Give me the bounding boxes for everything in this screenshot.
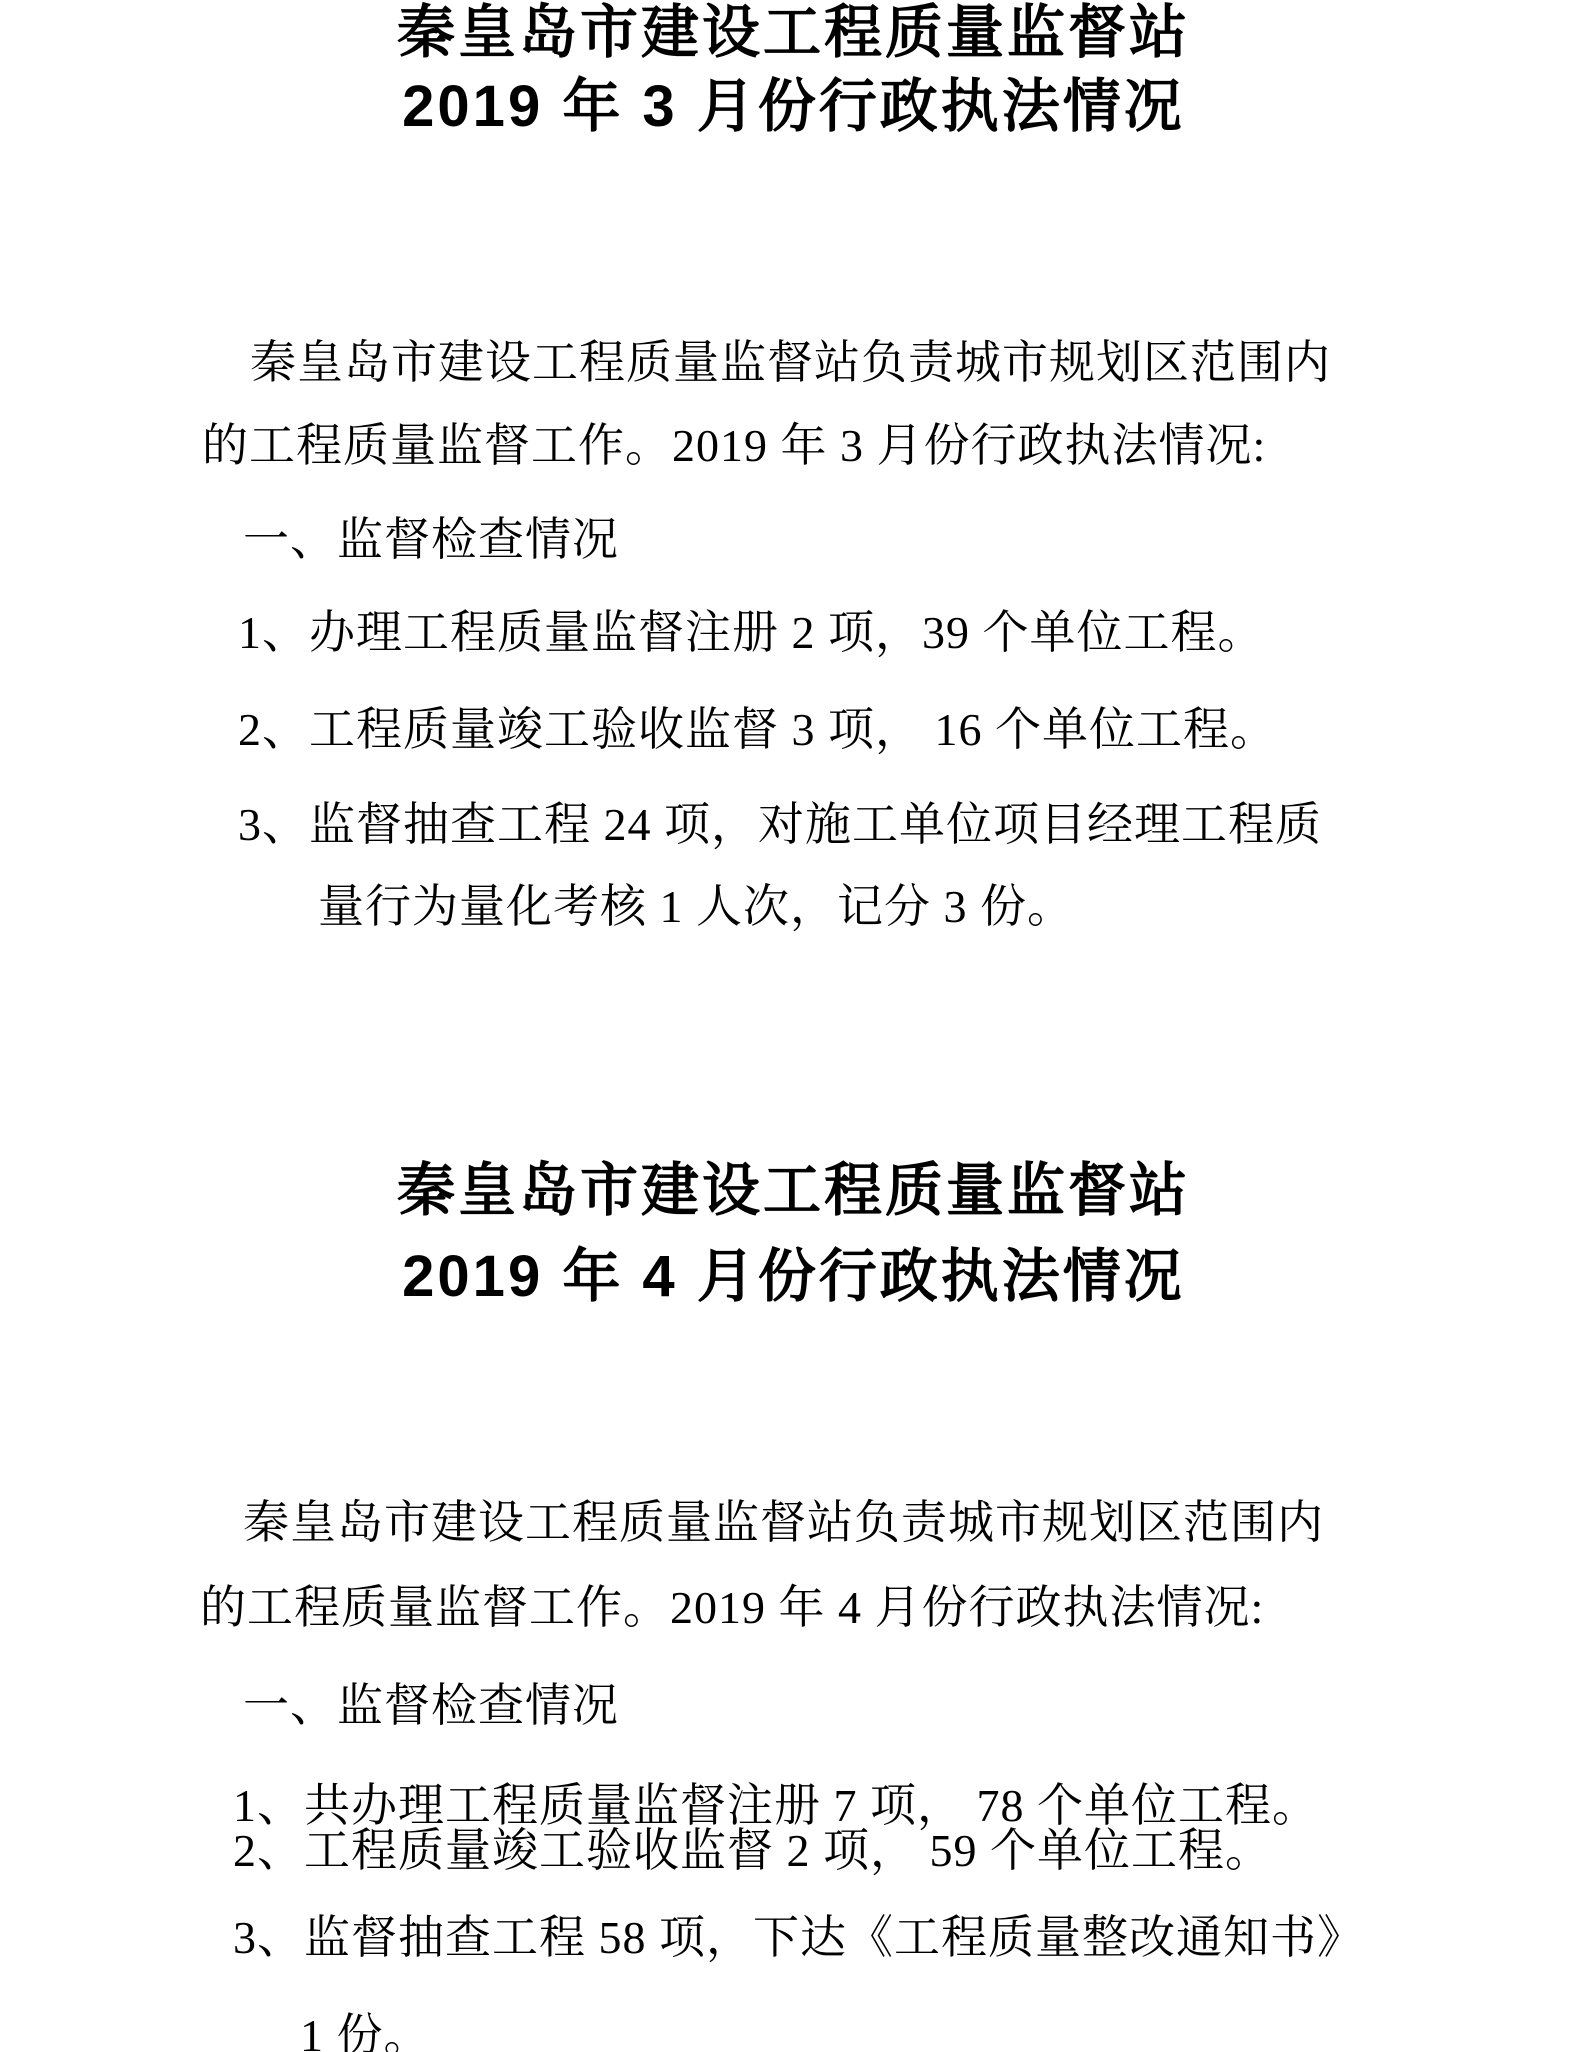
section2-item-3-line1: 3、监督抽查工程 58 项，下达《工程质量整改通知书》 [233, 1915, 1364, 1961]
section2-item-2: 2、工程质量竣工验收监督 2 项， 59 个单位工程。 [233, 1828, 1272, 1874]
section2-title-line2: 2019 年 4 月份行政执法情况 [0, 1248, 1587, 1306]
section2-heading: 一、监督检查情况 [243, 1683, 619, 1729]
section1-title-line2: 2019 年 3 月份行政执法情况 [0, 78, 1587, 136]
document-page: 秦皇岛市建设工程质量监督站 2019 年 3 月份行政执法情况 秦皇岛市建设工程… [0, 0, 1587, 2052]
section1-item-3-line1: 3、监督抽查工程 24 项，对施工单位项目经理工程质 [238, 802, 1322, 848]
section1-item-2: 2、工程质量竣工验收监督 3 项， 16 个单位工程。 [238, 707, 1277, 753]
section1-intro-line1: 秦皇岛市建设工程质量监督站负责城市规划区范围内 [250, 340, 1331, 386]
section1-item-3-line2: 量行为量化考核 1 人次，记分 3 份。 [318, 884, 1074, 930]
section2-intro-line2: 的工程质量监督工作。2019 年 4 月份行政执法情况: [200, 1585, 1264, 1631]
section1-item-1: 1、办理工程质量监督注册 2 项，39 个单位工程。 [238, 610, 1265, 656]
section2-item-3-line2: 1 份。 [300, 2013, 431, 2052]
section2-intro-line1: 秦皇岛市建设工程质量监督站负责城市规划区范围内 [243, 1500, 1324, 1546]
section2-item-1: 1、共办理工程质量监督注册 7 项， 78 个单位工程。 [233, 1783, 1319, 1829]
section1-title-line1: 秦皇岛市建设工程质量监督站 [0, 4, 1587, 62]
section2-title-line1: 秦皇岛市建设工程质量监督站 [0, 1162, 1587, 1220]
section1-intro-line2: 的工程质量监督工作。2019 年 3 月份行政执法情况: [202, 423, 1266, 469]
section1-heading: 一、监督检查情况 [243, 517, 619, 563]
